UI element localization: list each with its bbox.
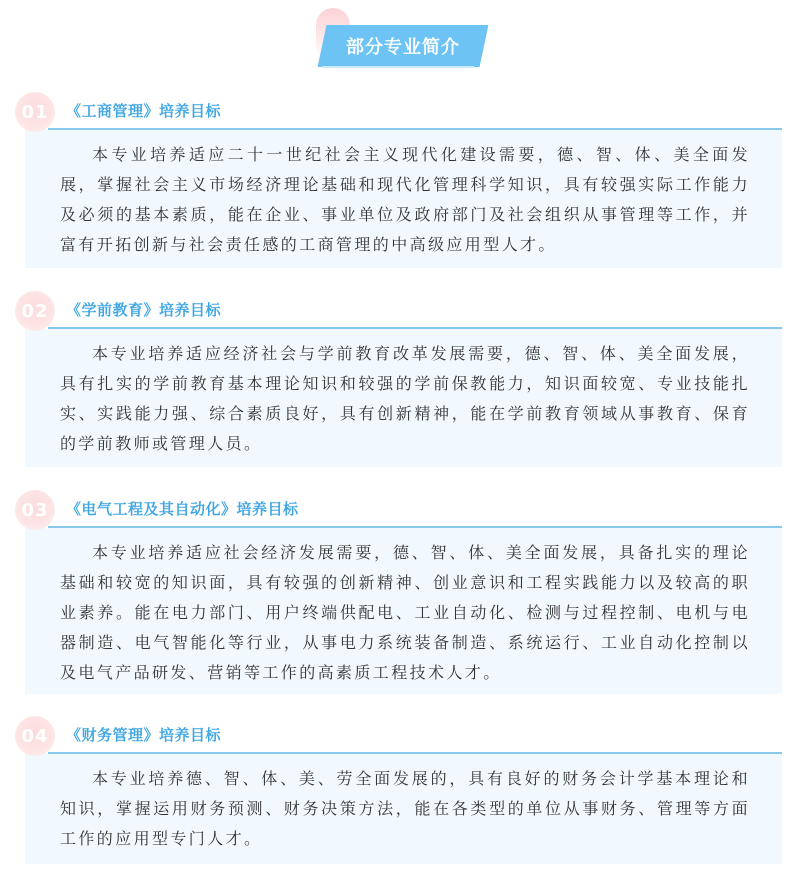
section-divider [48, 128, 782, 130]
header-banner: 部分专业简介 [0, 0, 800, 80]
section-body: 本专业培养适应社会经济发展需要，德、智、体、美全面发展，具备扎实的理论基础和较宽… [60, 538, 750, 688]
section-content-box: 本专业培养德、智、体、美、劳全面发展的，具有良好的财务会计学基本理论和知识，掌握… [25, 754, 782, 864]
section-content-box: 本专业培养适应社会经济发展需要，德、智、体、美全面发展，具备扎实的理论基础和较宽… [25, 528, 782, 694]
section-electrical-engineering: 本专业培养适应社会经济发展需要，德、智、体、美全面发展，具备扎实的理论基础和较宽… [0, 490, 800, 695]
section-divider [48, 327, 782, 329]
page-title: 部分专业简介 [322, 25, 484, 67]
section-content-box: 本专业培养适应二十一世纪社会主义现代化建设需要，德、智、体、美全面发展，掌握社会… [25, 130, 782, 268]
banner-underline [322, 66, 474, 68]
section-body: 本专业培养德、智、体、美、劳全面发展的，具有良好的财务会计学基本理论和知识，掌握… [60, 764, 750, 854]
section-number-badge: 01 [15, 92, 55, 132]
section-financial-management: 本专业培养德、智、体、美、劳全面发展的，具有良好的财务会计学基本理论和知识，掌握… [0, 716, 800, 866]
section-divider [48, 752, 782, 754]
section-body: 本专业培养适应经济社会与学前教育改革发展需要，德、智、体、美全面发展，具有扎实的… [60, 339, 750, 459]
section-number-badge: 02 [15, 291, 55, 331]
section-title: 《学前教育》培养目标 [66, 299, 221, 320]
section-body: 本专业培养适应二十一世纪社会主义现代化建设需要，德、智、体、美全面发展，掌握社会… [60, 140, 750, 260]
section-title: 《财务管理》培养目标 [66, 724, 221, 745]
section-business-admin: 本专业培养适应二十一世纪社会主义现代化建设需要，德、智、体、美全面发展，掌握社会… [0, 92, 800, 272]
section-divider [48, 526, 782, 528]
section-title: 《电气工程及其自动化》培养目标 [66, 498, 299, 519]
section-preschool-education: 本专业培养适应经济社会与学前教育改革发展需要，德、智、体、美全面发展，具有扎实的… [0, 291, 800, 471]
section-number-badge: 04 [15, 716, 55, 756]
section-content-box: 本专业培养适应经济社会与学前教育改革发展需要，德、智、体、美全面发展，具有扎实的… [25, 329, 782, 467]
section-title: 《工商管理》培养目标 [66, 100, 221, 121]
section-number-badge: 03 [15, 490, 55, 530]
